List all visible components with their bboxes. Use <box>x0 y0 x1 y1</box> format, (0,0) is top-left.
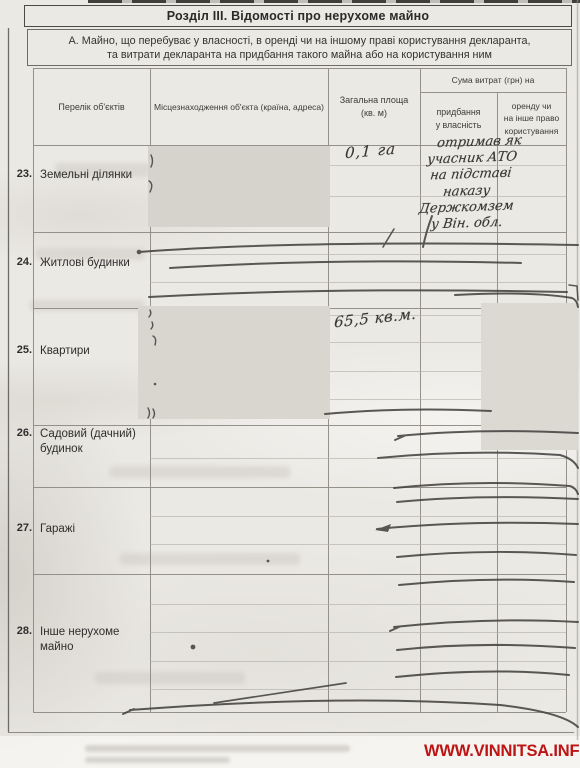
pen-stroke <box>397 552 576 557</box>
pen-stroke <box>170 261 521 268</box>
redaction-rent-row25 <box>481 303 578 450</box>
pen-stroke <box>378 453 578 468</box>
pen-blob <box>137 250 142 255</box>
vinnitsa-watermark: WWW.VINNITSA.INFO <box>424 742 580 761</box>
pen-stroke <box>397 645 575 650</box>
pen-stroke <box>325 410 491 414</box>
pen-stroke <box>123 701 578 727</box>
pen-stroke <box>390 620 578 631</box>
scan-overlay <box>0 0 580 768</box>
pen-stroke <box>377 523 578 529</box>
scanned-declaration-page: Розділ III. Відомості про нерухоме майно… <box>0 0 580 768</box>
handwritten-note-line: на підставі <box>429 166 519 185</box>
handwritten-purchase-note-row23: отримав як учасник АТО на підставі наказ… <box>418 133 523 234</box>
pen-stroke <box>139 244 578 252</box>
pen-dot <box>154 383 157 386</box>
pen-stroke <box>399 580 574 585</box>
redaction-location-row23 <box>148 146 330 227</box>
pen-stroke <box>397 497 578 502</box>
handwritten-note-line: у Він. обл. <box>430 215 513 234</box>
redaction-location-row25 <box>138 306 330 419</box>
pen-blob <box>191 645 196 650</box>
pen-stroke <box>394 483 578 494</box>
pen-stroke <box>396 671 569 677</box>
pen-dot <box>267 560 270 563</box>
